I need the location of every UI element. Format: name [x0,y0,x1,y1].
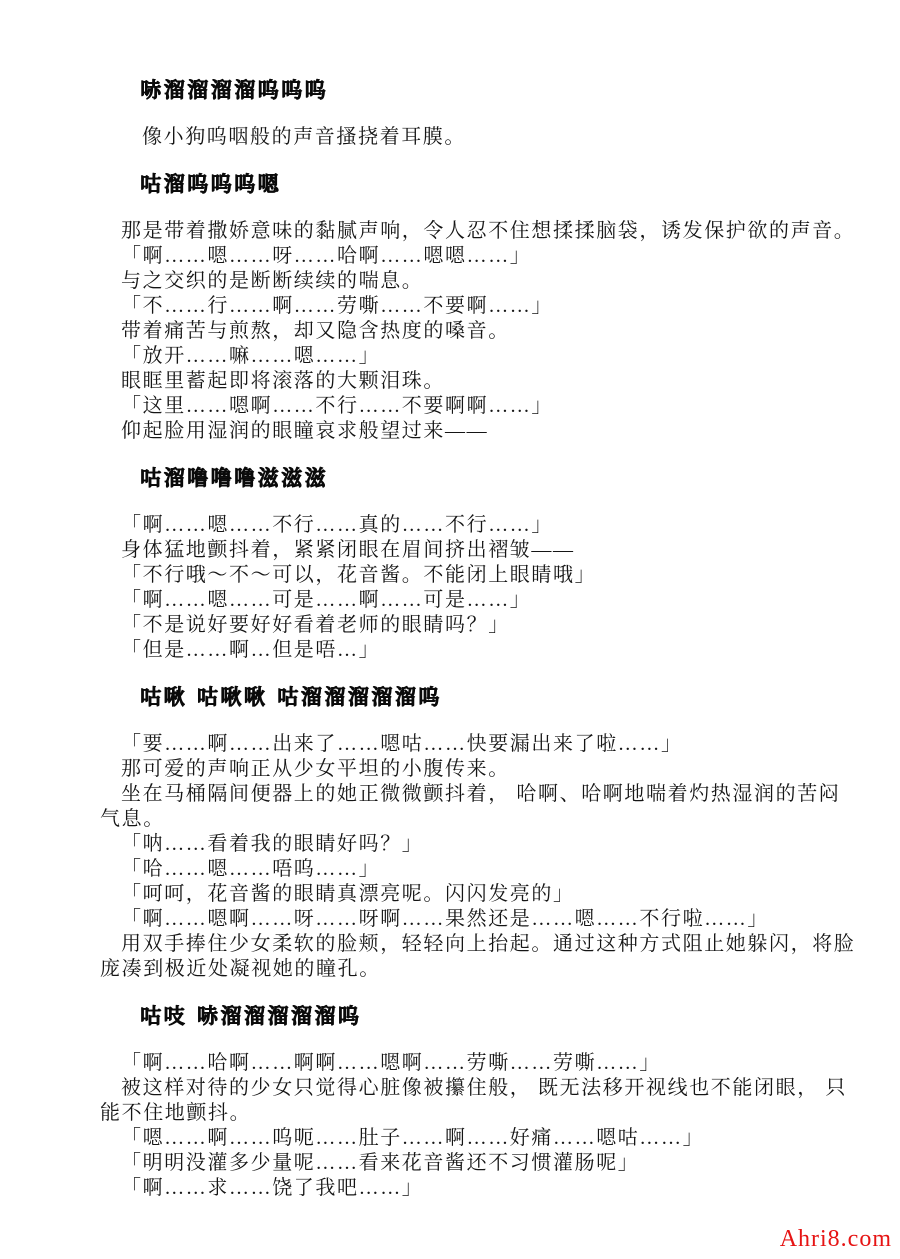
site-watermark: Ahri8.com [780,1226,892,1253]
dialogue-line: 「要……啊……出来了……嗯咕……快要漏出来了啦……」 [100,732,876,757]
dialogue-line: 「呐……看着我的眼睛好吗？」 [100,832,876,857]
sfx-heading: 咕溜噜噜噜滋滋滋 [140,466,876,491]
narrative-line: 能不住地颤抖。 [100,1101,876,1126]
dialogue-line: 「明明没灌多少量呢……看来花音酱还不习惯灌肠呢」 [100,1151,876,1176]
narrative-line: 坐在马桶隔间便器上的她正微微颤抖着， 哈啊、哈啊地喘着灼热湿润的苦闷 [100,782,876,807]
narrative-line: 与之交织的是断断续续的喘息。 [100,269,876,294]
dialogue-line: 「嗯……啊……呜呃……肚子……啊……好痛……嗯咕……」 [100,1126,876,1151]
dialogue-line: 「哈……嗯……唔呜……」 [100,857,876,882]
narrative-line: 那是带着撒娇意味的黏腻声响，令人忍不住想揉揉脑袋，诱发保护欲的声音。 [100,219,876,244]
paragraph-block: 像小狗呜咽般的声音搔挠着耳膜。 [100,125,876,150]
paragraph-block: 「啊……哈啊……啊啊……嗯啊……劳嘶……劳嘶……」被这样对待的少女只觉得心脏像被… [100,1051,876,1201]
dialogue-line: 「啊……求……饶了我吧……」 [100,1176,876,1201]
dialogue-line: 「放开……嘛……嗯……」 [100,344,876,369]
dialogue-line: 「但是……啊…但是唔…」 [100,638,876,663]
dialogue-line: 「不……行……啊……劳嘶……不要啊……」 [100,294,876,319]
narrative-line: 仰起脸用湿润的眼瞳哀求般望过来—— [100,419,876,444]
sfx-heading: 哧溜溜溜溜呜呜呜 [140,78,876,103]
dialogue-line: 「呵呵，花音酱的眼睛真漂亮呢。闪闪发亮的」 [100,882,876,907]
dialogue-line: 「啊……嗯……可是……啊……可是……」 [100,588,876,613]
narrative-line: 被这样对待的少女只觉得心脏像被攥住般， 既无法移开视线也不能闭眼， 只 [100,1076,876,1101]
sfx-heading: 咕吱 哧溜溜溜溜溜呜 [140,1004,876,1029]
narrative-line: 眼眶里蓄起即将滚落的大颗泪珠。 [100,369,876,394]
narrative-line: 气息。 [100,807,876,832]
novel-page-text-area: 哧溜溜溜溜呜呜呜像小狗呜咽般的声音搔挠着耳膜。咕溜呜呜呜嗯那是带着撒娇意味的黏腻… [100,78,876,1223]
narrative-line: 身体猛地颤抖着，紧紧闭眼在眉间挤出褶皱—— [100,538,876,563]
narrative-line: 庞凑到极近处凝视她的瞳孔。 [100,957,876,982]
dialogue-line: 「不行哦～不～可以，花音酱。不能闭上眼睛哦」 [100,563,876,588]
dialogue-line: 「啊……嗯啊……呀……呀啊……果然还是……嗯……不行啦……」 [100,907,876,932]
sfx-heading: 咕溜呜呜呜嗯 [140,172,876,197]
sfx-heading: 咕啾 咕啾啾 咕溜溜溜溜溜呜 [140,685,876,710]
paragraph-block: 那是带着撒娇意味的黏腻声响，令人忍不住想揉揉脑袋，诱发保护欲的声音。「啊……嗯…… [100,219,876,444]
dialogue-line: 「啊……嗯……呀……哈啊……嗯嗯……」 [100,244,876,269]
dialogue-line: 「不是说好要好好看着老师的眼睛吗？」 [100,613,876,638]
narrative-line: 像小狗呜咽般的声音搔挠着耳膜。 [100,125,876,150]
paragraph-block: 「要……啊……出来了……嗯咕……快要漏出来了啦……」那可爱的声响正从少女平坦的小… [100,732,876,982]
paragraph-block: 「啊……嗯……不行……真的……不行……」身体猛地颤抖着，紧紧闭眼在眉间挤出褶皱—… [100,513,876,663]
narrative-line: 带着痛苦与煎熬，却又隐含热度的嗓音。 [100,319,876,344]
dialogue-line: 「啊……嗯……不行……真的……不行……」 [100,513,876,538]
dialogue-line: 「这里……嗯啊……不行……不要啊啊……」 [100,394,876,419]
dialogue-line: 「啊……哈啊……啊啊……嗯啊……劳嘶……劳嘶……」 [100,1051,876,1076]
narrative-line: 用双手捧住少女柔软的脸颊，轻轻向上抬起。通过这种方式阻止她躲闪，将脸 [100,932,876,957]
narrative-line: 那可爱的声响正从少女平坦的小腹传来。 [100,757,876,782]
